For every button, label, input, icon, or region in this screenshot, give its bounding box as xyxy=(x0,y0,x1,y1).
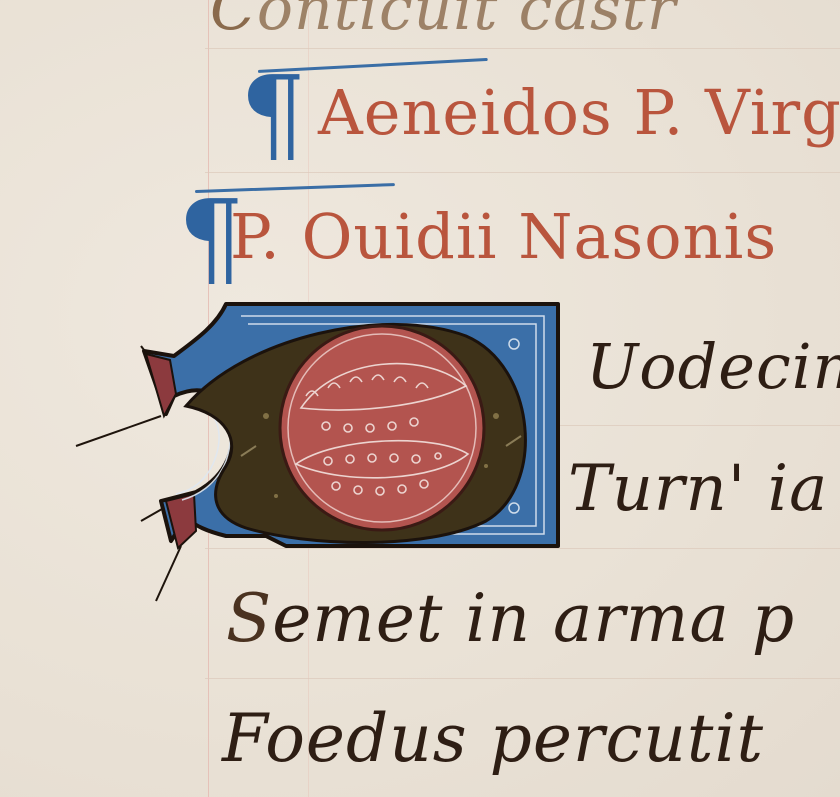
text-line-2: Uodecim xyxy=(586,330,840,403)
paragraph-mark-icon: ¶ xyxy=(240,62,306,166)
text-line-1: Conticuit castr xyxy=(210,0,677,44)
initial-letter: T xyxy=(568,452,612,526)
initial-letter: S xyxy=(226,580,272,657)
illuminated-initial-d xyxy=(66,296,566,616)
rubric-line-2: P. Ouidii Nasonis xyxy=(230,200,777,273)
line-text: oedus percutit xyxy=(265,700,764,777)
ruling-line xyxy=(205,678,840,679)
text-line-4: Semet in arma p xyxy=(226,580,795,657)
ruling-line xyxy=(205,48,840,49)
initial-letter: U xyxy=(586,330,639,403)
line-text: onticuit castr xyxy=(257,0,677,44)
initial-letter: C xyxy=(210,0,257,44)
ruling-line xyxy=(560,425,840,426)
rubric-line-1: Aeneidos P. Virg xyxy=(318,76,840,149)
line-text: emet in arma p xyxy=(272,580,795,657)
text-line-5: Foedus percutit xyxy=(222,700,764,777)
red-disc-infill xyxy=(280,326,484,530)
line-text: odecim xyxy=(639,330,840,403)
text-line-3: Turn' ia xyxy=(568,452,828,526)
line-text: urn' ia xyxy=(612,452,829,526)
manuscript-page: Conticuit castr ¶ Aeneidos P. Virg ¶ P. … xyxy=(0,0,840,797)
initial-letter: F xyxy=(222,700,265,777)
